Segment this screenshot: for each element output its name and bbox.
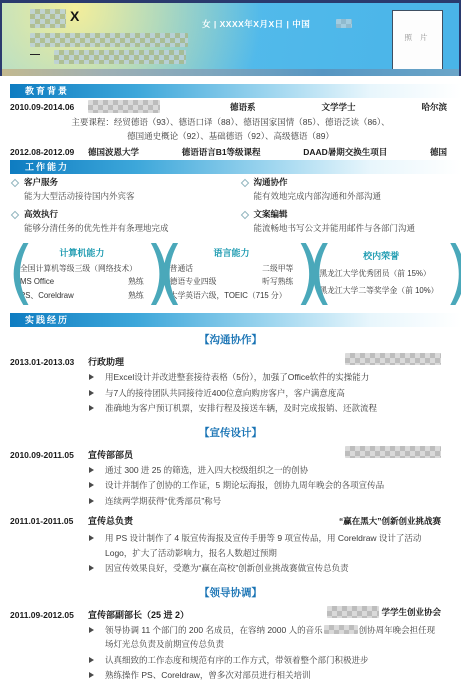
bullet-text: 设计并制作了创协的工作证，5 期论坛海报，创协九周年晚会的各项宣传品 [105, 480, 384, 490]
experience-entry-header: 2011.09-2012.05 宣传部副部长（25 进 2） 学学生创业协会 [10, 606, 451, 620]
edu-country: 德国 [430, 146, 451, 158]
edu-program: DAAD暑期交换生项目 [303, 146, 387, 158]
language-skills-box: ( 语言能力 普通话二级甲等 德语专业四级听写熟练 大学英语六级，TOEIC（7… [158, 236, 306, 312]
redacted-inline-block [324, 625, 358, 634]
section-header-experience: 实践经历 [10, 313, 461, 327]
ability-name: 沟通协作 [254, 176, 288, 189]
section-title: 实践经历 [25, 315, 69, 325]
entry-role: 宣传总负责 [88, 514, 133, 527]
bullet-text: 因宣传效果良好，受邀为“赢在高校”创新创业挑战赛做宣传总负责 [105, 563, 349, 573]
abilities-content: 客户服务 能为大型活动接待国内外宾客 沟通协作 能有效地完成内部沟通和外部沟通 … [10, 176, 455, 235]
box-title: 语言能力 [170, 246, 294, 259]
subsection-leadership: 【领导协调】 [10, 585, 451, 600]
bullet-item: 设计并制作了创协的工作证，5 期论坛海报，创协九周年晚会的各项宣传品 [88, 478, 441, 493]
ability-desc: 能为大型活动接待国内外宾客 [10, 190, 226, 203]
edu-department: 德语系 [230, 101, 256, 113]
section-title: 工作能力 [25, 162, 69, 172]
skill-level: 二级甲等 [262, 262, 293, 276]
bullet-item: 领导协调 11 个部门的 200 名成员，在容纳 2000 人的音乐创协周年晚会… [88, 623, 441, 652]
left-bracket-icon: ( [8, 234, 18, 314]
bullet-text: 熟练操作 PS、Coreldraw，曾多次对部员进行相关培训 [105, 670, 310, 680]
arrow-bullet-icon [89, 657, 94, 663]
edu-degree: 文学学士 [321, 101, 355, 113]
box-title: 计算机能力 [20, 246, 144, 259]
education-row: 2010.09-2014.06 德语系 文学学士 哈尔滨 [10, 100, 451, 113]
bullet-item: 准确地为客户预订机票，安排行程及接送车辆，及时完成报销、还款流程 [88, 401, 441, 416]
experience-entry-header: 2010.09-2011.05 宣传部部员 [10, 446, 451, 460]
header: X 女 | XXXX年X月X日 | 中国 — 照 片 [0, 0, 461, 76]
redacted-contact-block-2 [54, 50, 186, 64]
redacted-name-block [30, 9, 66, 28]
entry-org-suffix: 学学生创业协会 [381, 606, 441, 618]
contact-dash: — [30, 49, 40, 60]
redacted-meta-block [336, 19, 352, 28]
skill-level: 熟练 [128, 275, 144, 289]
arrow-bullet-icon [89, 467, 94, 473]
entry-date: 2010.09-2011.05 [10, 450, 88, 460]
experience-entry-header: 2011.01-2011.05 宣传总负责 “赢在黑大”创新创业挑战赛 [10, 514, 451, 528]
right-bracket-icon: ) [295, 234, 305, 314]
bullet-item: 与7人的接待团队共同接待近400位意向购房客户，客户满意度高 [88, 386, 441, 401]
diamond-bullet-icon [11, 210, 19, 218]
computer-skills-box: ( 计算机能力 全国计算机等级三级（网络技术） MS Office熟练 PS、C… [8, 236, 156, 312]
skill-level: 熟练 [128, 289, 144, 303]
honors-box: ( 校内荣誉 黑龙江大学优秀团员（前 15%） 黑龙江大学二等奖学金（前 10%… [307, 236, 455, 312]
arrow-bullet-icon [89, 405, 94, 411]
edu-school: 德国波恩大学 [88, 146, 139, 158]
ability-desc: 能有效地完成内部沟通和外部沟通 [240, 190, 456, 203]
arrow-bullet-icon [89, 535, 94, 541]
arrow-bullet-icon [89, 390, 94, 396]
redacted-org-block [345, 446, 441, 458]
bullet-text: 准确地为客户预订机票，安排行程及接送车辆，及时完成报销、还款流程 [105, 403, 377, 413]
diamond-bullet-icon [240, 210, 248, 218]
arrow-bullet-icon [89, 498, 94, 504]
ability-item: 高效执行 能够分清任务的优先性并有条理地完成 [10, 208, 226, 235]
skill-label: 大学英语六级，TOEIC（715 分） [170, 289, 287, 303]
course-list: 主要课程：经贸德语（93）、德语口译（88）、德语国家国情（85）、德语泛读（8… [10, 115, 451, 143]
bullet-item: 用Excel设计并改进整套接待表格（5份），加强了Office软件的实操能力 [88, 370, 441, 385]
entry-date: 2011.09-2012.05 [10, 610, 88, 620]
entry-date: 2013.01-2013.03 [10, 357, 88, 367]
bullet-text: 与7人的接待团队共同接待近400位意向购房客户，客户满意度高 [105, 388, 345, 398]
entry-role: 行政助理 [88, 355, 124, 368]
photo-label: 照 片 [404, 32, 430, 43]
ability-desc: 能够分清任务的优先性并有条理地完成 [10, 222, 226, 235]
redacted-org-block [327, 606, 379, 618]
bullet-text: 认真细致的工作态度和规范有序的工作方式，带领着整个部门积极进步 [105, 655, 369, 665]
ability-item: 沟通协作 能有效地完成内部沟通和外部沟通 [240, 176, 456, 203]
entry-org: “赢在黑大”创新创业挑战赛 [339, 515, 451, 527]
honor-label: 黑龙江大学二等奖学金（前 10%） [319, 282, 438, 299]
edu-date: 2012.08-2012.09 [10, 147, 88, 157]
bullet-item: 连续两学期获得“优秀部员”称号 [88, 494, 441, 509]
bullet-text: 用Excel设计并改进整套接待表格（5份），加强了Office软件的实操能力 [105, 372, 369, 382]
box-title: 校内荣誉 [319, 249, 443, 262]
left-bracket-icon: ( [158, 234, 168, 314]
arrow-bullet-icon [89, 672, 94, 678]
entry-date: 2011.01-2011.05 [10, 516, 88, 526]
photo-placeholder: 照 片 [392, 10, 443, 72]
education-content: 2010.09-2014.06 德语系 文学学士 哈尔滨 主要课程：经贸德语（9… [10, 100, 451, 158]
redacted-school-block [88, 100, 160, 113]
arrow-bullet-icon [89, 627, 94, 633]
education-row: 2012.08-2012.09 德国波恩大学 德语语言B1等级课程 DAAD暑期… [10, 145, 451, 158]
experience-content: 【沟通协作】 2013.01-2013.03 行政助理 用Excel设计并改进整… [10, 329, 451, 680]
edu-date: 2010.09-2014.06 [10, 102, 88, 112]
ability-item: 文案编辑 能流畅地书写公文并能用邮件与各部门沟通 [240, 208, 456, 235]
experience-entry-header: 2013.01-2013.03 行政助理 [10, 353, 451, 367]
bullet-item: 用 PS 设计制作了 4 版宣传海报及宣传手册等 9 项宣传品，用 Coreld… [88, 531, 441, 560]
edu-city: 哈尔滨 [421, 101, 451, 113]
right-bracket-icon: ) [146, 234, 156, 314]
skill-level: 听写熟练 [262, 275, 293, 289]
bullet-text: 用 PS 设计制作了 4 版宣传海报及宣传手册等 9 项宣传品，用 Coreld… [105, 533, 421, 558]
diamond-bullet-icon [240, 178, 248, 186]
diamond-bullet-icon [11, 178, 19, 186]
ability-desc: 能流畅地书写公文并能用邮件与各部门沟通 [240, 222, 456, 235]
entry-role: 宣传部副部长（25 进 2） [88, 608, 189, 621]
section-header-abilities: 工作能力 [10, 160, 461, 174]
ability-item: 客户服务 能为大型活动接待国内外宾客 [10, 176, 226, 203]
bullet-item: 因宣传效果良好，受邀为“赢在高校”创新创业挑战赛做宣传总负责 [88, 561, 441, 576]
subsection-communication: 【沟通协作】 [10, 332, 451, 347]
skill-label: 全国计算机等级三级（网络技术） [20, 262, 137, 276]
personal-meta: 女 | XXXX年X月X日 | 中国 [202, 18, 310, 30]
honor-label: 黑龙江大学优秀团员（前 15%） [319, 265, 430, 282]
ability-name: 客户服务 [24, 176, 58, 189]
entry-role: 宣传部部员 [88, 448, 133, 461]
bullet-item: 通过 300 进 25 的筛选，进入四大校级组织之一的创协 [88, 463, 441, 478]
ability-name: 高效执行 [24, 208, 58, 221]
left-bracket-icon: ( [307, 234, 317, 314]
bullet-item: 认真细致的工作态度和规范有序的工作方式，带领着整个部门积极进步 [88, 653, 441, 668]
ability-name: 文案编辑 [254, 208, 288, 221]
section-title: 教育背景 [25, 86, 69, 96]
name-visible-text: X [70, 8, 79, 24]
right-bracket-icon: ) [445, 234, 455, 314]
header-bottom-strip [2, 69, 459, 76]
subsection-design: 【宣传设计】 [10, 425, 451, 440]
edu-course: 德语语言B1等级课程 [182, 146, 261, 158]
course-line-2: 德国通史概论（92）、基础德语（92）、高级德语（89） [10, 129, 451, 143]
bullet-text: 通过 300 进 25 的筛选，进入四大校级组织之一的创协 [105, 465, 308, 475]
redacted-contact-block-1 [30, 33, 188, 47]
bullet-text: 领导协调 11 个部门的 200 名成员，在容纳 2000 人的音乐 [105, 625, 323, 635]
course-line-1: 主要课程：经贸德语（93）、德语口译（88）、德语国家国情（85）、德语泛读（8… [10, 115, 451, 129]
arrow-bullet-icon [89, 565, 94, 571]
skill-boxes: ( 计算机能力 全国计算机等级三级（网络技术） MS Office熟练 PS、C… [8, 236, 455, 312]
redacted-org-block [345, 353, 441, 365]
bullet-text: 连续两学期获得“优秀部员”称号 [105, 496, 221, 506]
bullet-item: 熟练操作 PS、Coreldraw，曾多次对部员进行相关培训 [88, 668, 441, 680]
section-header-education: 教育背景 [10, 84, 461, 98]
arrow-bullet-icon [89, 482, 94, 488]
resume-page: X 女 | XXXX年X月X日 | 中国 — 照 片 教育背景 2010.09-… [0, 0, 461, 680]
arrow-bullet-icon [89, 374, 94, 380]
